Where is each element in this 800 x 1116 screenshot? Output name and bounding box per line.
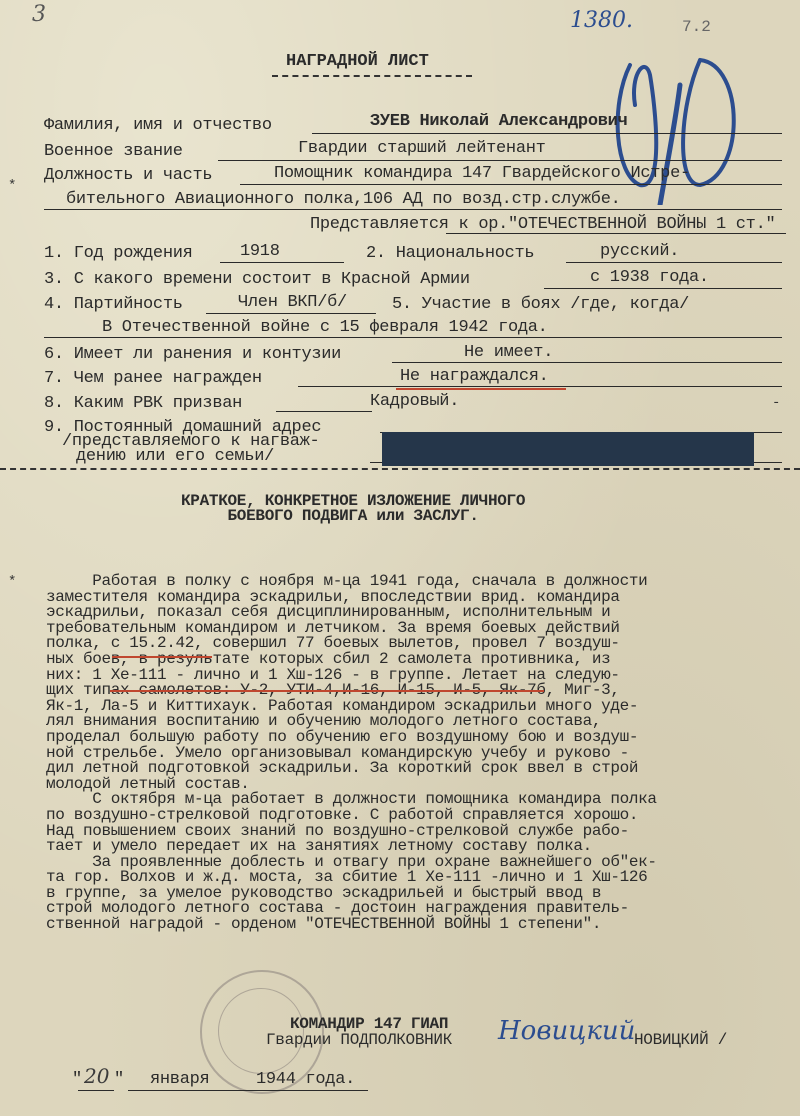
item1-underline (220, 262, 344, 263)
date-year: 1944 года. (256, 1070, 355, 1089)
item2-value: русский. (600, 242, 679, 261)
nominated-for: Представляется к ор."ОТЕЧЕСТВЕННОЙ ВОЙНЫ… (310, 215, 775, 234)
position-value-line1: Помощник командира 147 Гвардейского Истр… (274, 164, 690, 183)
item5-underline (44, 337, 782, 338)
name-value: ЗУЕВ Николай Александрович (370, 112, 627, 131)
item4-value: Член ВКП/б/ (238, 293, 347, 312)
margin-mark-1: * (8, 178, 16, 194)
date-day-underline (78, 1090, 114, 1091)
item1-label: 1. Год рождения (44, 244, 193, 263)
date-day: 20 (84, 1064, 109, 1088)
signature-rank: Гвардии ПОДПОЛКОВНИК (266, 1031, 452, 1049)
corner-mark: 7.2 (682, 18, 711, 36)
rank-value: Гвардии старший лейтенант (298, 139, 546, 158)
item5-value: В Отечественной войне с 15 февраля 1942 … (102, 318, 548, 337)
item5-label: 5. Участие в боях /где, когда/ (392, 295, 689, 314)
date-day-open-quote: " (72, 1070, 82, 1089)
item8-label: 8. Каким РВК призван (44, 394, 242, 413)
margin-mark-2: * (8, 574, 16, 590)
signature-name: НОВИЦКИЙ / (634, 1031, 727, 1049)
item3-label: 3. С какого времени состоит в Красной Ар… (44, 270, 470, 289)
item4-underline (206, 313, 376, 314)
item9-label-line3: дению или его семьи/ (76, 447, 274, 466)
title-underline (272, 75, 472, 77)
section-heading: КРАТКОЕ, КОНКРЕТНОЕ ИЗЛОЖЕНИЕ ЛИЧНОГО БО… (181, 494, 525, 524)
item4-label: 4. Партийность (44, 295, 183, 314)
item8-dash: - (772, 395, 780, 411)
item1-value: 1918 (240, 242, 280, 261)
item7-label: 7. Чем ранее награжден (44, 369, 262, 388)
position-underline-1 (240, 184, 782, 185)
name-underline (312, 133, 782, 134)
red-pencil-underline-date (112, 656, 212, 658)
item8-value: Кадровый. (370, 392, 459, 411)
body-line: ственной наградой - орденом "ОТЕЧЕСТВЕНН… (46, 917, 782, 933)
item8-underline (276, 411, 372, 412)
item6-label: 6. Имеет ли ранения и контузии (44, 345, 341, 364)
page-title: НАГРАДНОЙ ЛИСТ (286, 52, 429, 71)
rank-underline (218, 160, 782, 161)
red-pencil-underline-kills (110, 690, 544, 692)
position-label: Должность и часть (44, 166, 212, 185)
rank-label: Военное звание (44, 142, 183, 161)
nominated-underline (446, 233, 786, 234)
item2-underline (566, 262, 782, 263)
red-pencil-underline (396, 388, 566, 390)
position-underline-2 (44, 209, 782, 210)
item3-value: с 1938 года. (590, 268, 709, 287)
corner-handwriting: 3 (32, 2, 46, 27)
archive-number: 1380. (570, 8, 633, 33)
item2-label: 2. Национальность (366, 244, 534, 263)
item3-underline (544, 288, 782, 289)
section-heading-line2: БОЕВОГО ПОДВИГА или ЗАСЛУГ. (181, 509, 525, 524)
item7-value: Не награждался. (400, 367, 549, 386)
handwritten-signature: Новицкий (498, 1016, 635, 1046)
item7-underline (298, 386, 782, 387)
body-text: Работая в полку с ноября м-ца 1941 года,… (46, 574, 782, 933)
name-label: Фамилия, имя и отчество (44, 116, 272, 135)
date-day-close-quote: " (114, 1070, 124, 1089)
position-value-line2: бительного Авиационного полка,106 АД по … (66, 190, 621, 209)
date-month: января (150, 1070, 209, 1089)
item6-underline (392, 362, 782, 363)
date-underline (128, 1090, 368, 1091)
redacted-address (382, 432, 754, 466)
item6-value: Не имеет. (464, 343, 553, 362)
section-separator (0, 468, 800, 470)
